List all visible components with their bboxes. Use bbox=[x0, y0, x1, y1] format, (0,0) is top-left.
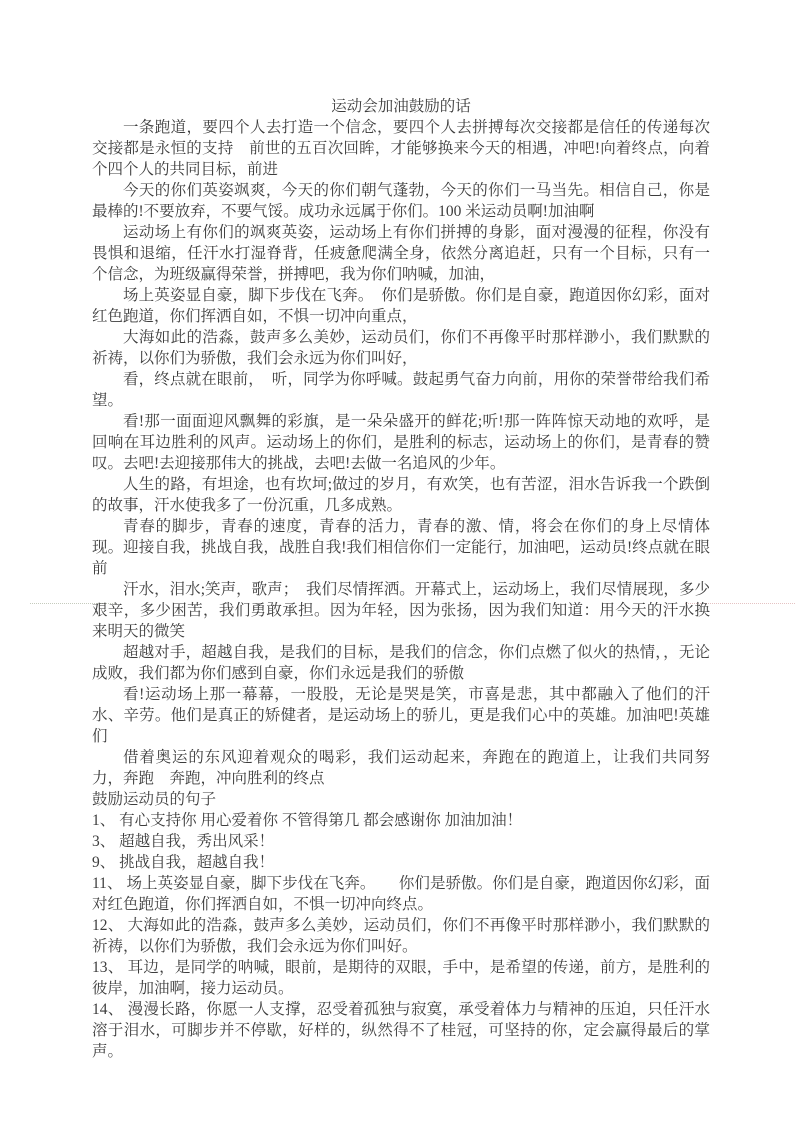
paragraphs-section: 一条跑道，要四个人去打造一个信念，要四个人去拼搏每次交接都是信任的传递每次交接都… bbox=[92, 117, 710, 789]
numbered-item: 11、 场上英姿显自豪，脚下步伐在飞奔。 你们是骄傲。你们是自豪，跑道因你幻彩，… bbox=[92, 873, 710, 915]
paragraph: 青春的脚步，青春的速度，青春的活力，青春的激、情，将会在你们的身上尽情体现。迎接… bbox=[92, 516, 710, 579]
numbered-item: 9、 挑战自我，超越自我！ bbox=[92, 852, 710, 873]
paragraph: 大海如此的浩淼，鼓声多么美妙，运动员们，你们不再像平时那样渺小，我们默默的祈祷，… bbox=[92, 327, 710, 369]
numbered-item: 1、 有心支持你 用心爱着你 不管得第几 都会感谢你 加油加油！ bbox=[92, 810, 710, 831]
paragraph: 人生的路，有坦途，也有坎坷;做过的岁月，有欢笑，也有苦涩，泪水告诉我一个跌倒的故… bbox=[92, 474, 710, 516]
paragraph: 今天的你们英姿飒爽，今天的你们朝气蓬勃，今天的你们一马当先。相信自己，你是最棒的… bbox=[92, 180, 710, 222]
numbered-item: 13、 耳边，是同学的呐喊，眼前，是期待的双眼，手中，是希望的传递，前方，是胜利… bbox=[92, 957, 710, 999]
paragraph: 看，终点就在眼前， 听，同学为你呼喊。鼓起勇气奋力向前，用你的荣誉带给我们希望。 bbox=[92, 369, 710, 411]
paragraph: 超越对手，超越自我，是我们的目标，是我们的信念，你们点燃了似火的热情，，无论成败… bbox=[92, 642, 710, 684]
numbered-items-section: 1、 有心支持你 用心爱着你 不管得第几 都会感谢你 加油加油！3、 超越自我，… bbox=[92, 810, 710, 1062]
numbered-item: 12、 大海如此的浩淼，鼓声多么美妙，运动员们，你们不再像平时那样渺小，我们默默… bbox=[92, 915, 710, 957]
document-content: 运动会加油鼓励的话 一条跑道，要四个人去打造一个信念，要四个人去拼搏每次交接都是… bbox=[92, 96, 710, 1062]
paragraph: 汗水，泪水;笑声，歌声； 我们尽情挥洒。开幕式上，运动场上，我们尽情展现，多少艰… bbox=[92, 579, 710, 642]
paragraph: 运动场上有你们的飒爽英姿，运动场上有你们拼搏的身影，面对漫漫的征程，你没有畏惧和… bbox=[92, 222, 710, 285]
paragraph: 看!那一面面迎风飘舞的彩旗，是一朵朵盛开的鲜花;听!那一阵阵惊天动地的欢呼，是回… bbox=[92, 411, 710, 474]
paragraph: 看!运动场上那一幕幕，一股股，无论是哭是笑，市喜是悲，其中都融入了他们的汗水、辛… bbox=[92, 684, 710, 747]
numbered-item: 14、 漫漫长路，你愿一人支撑，忍受着孤独与寂寞，承受着体力与精神的压迫，只任汗… bbox=[92, 999, 710, 1062]
paragraph: 一条跑道，要四个人去打造一个信念，要四个人去拼搏每次交接都是信任的传递每次交接都… bbox=[92, 117, 710, 180]
numbered-item: 3、 超越自我，秀出风采！ bbox=[92, 831, 710, 852]
section-heading: 鼓励运动员的句子 bbox=[92, 789, 710, 810]
paragraph: 场上英姿显自豪，脚下步伐在飞奔。 你们是骄傲。你们是自豪，跑道因你幻彩，面对红色… bbox=[92, 285, 710, 327]
document-page: 运动会加油鼓励的话 一条跑道，要四个人去打造一个信念，要四个人去拼搏每次交接都是… bbox=[0, 0, 800, 1132]
paragraph: 借着奥运的东风迎着观众的喝彩，我们运动起来，奔跑在的跑道上，让我们共同努力，奔跑… bbox=[92, 747, 710, 789]
page-title: 运动会加油鼓励的话 bbox=[92, 96, 710, 117]
